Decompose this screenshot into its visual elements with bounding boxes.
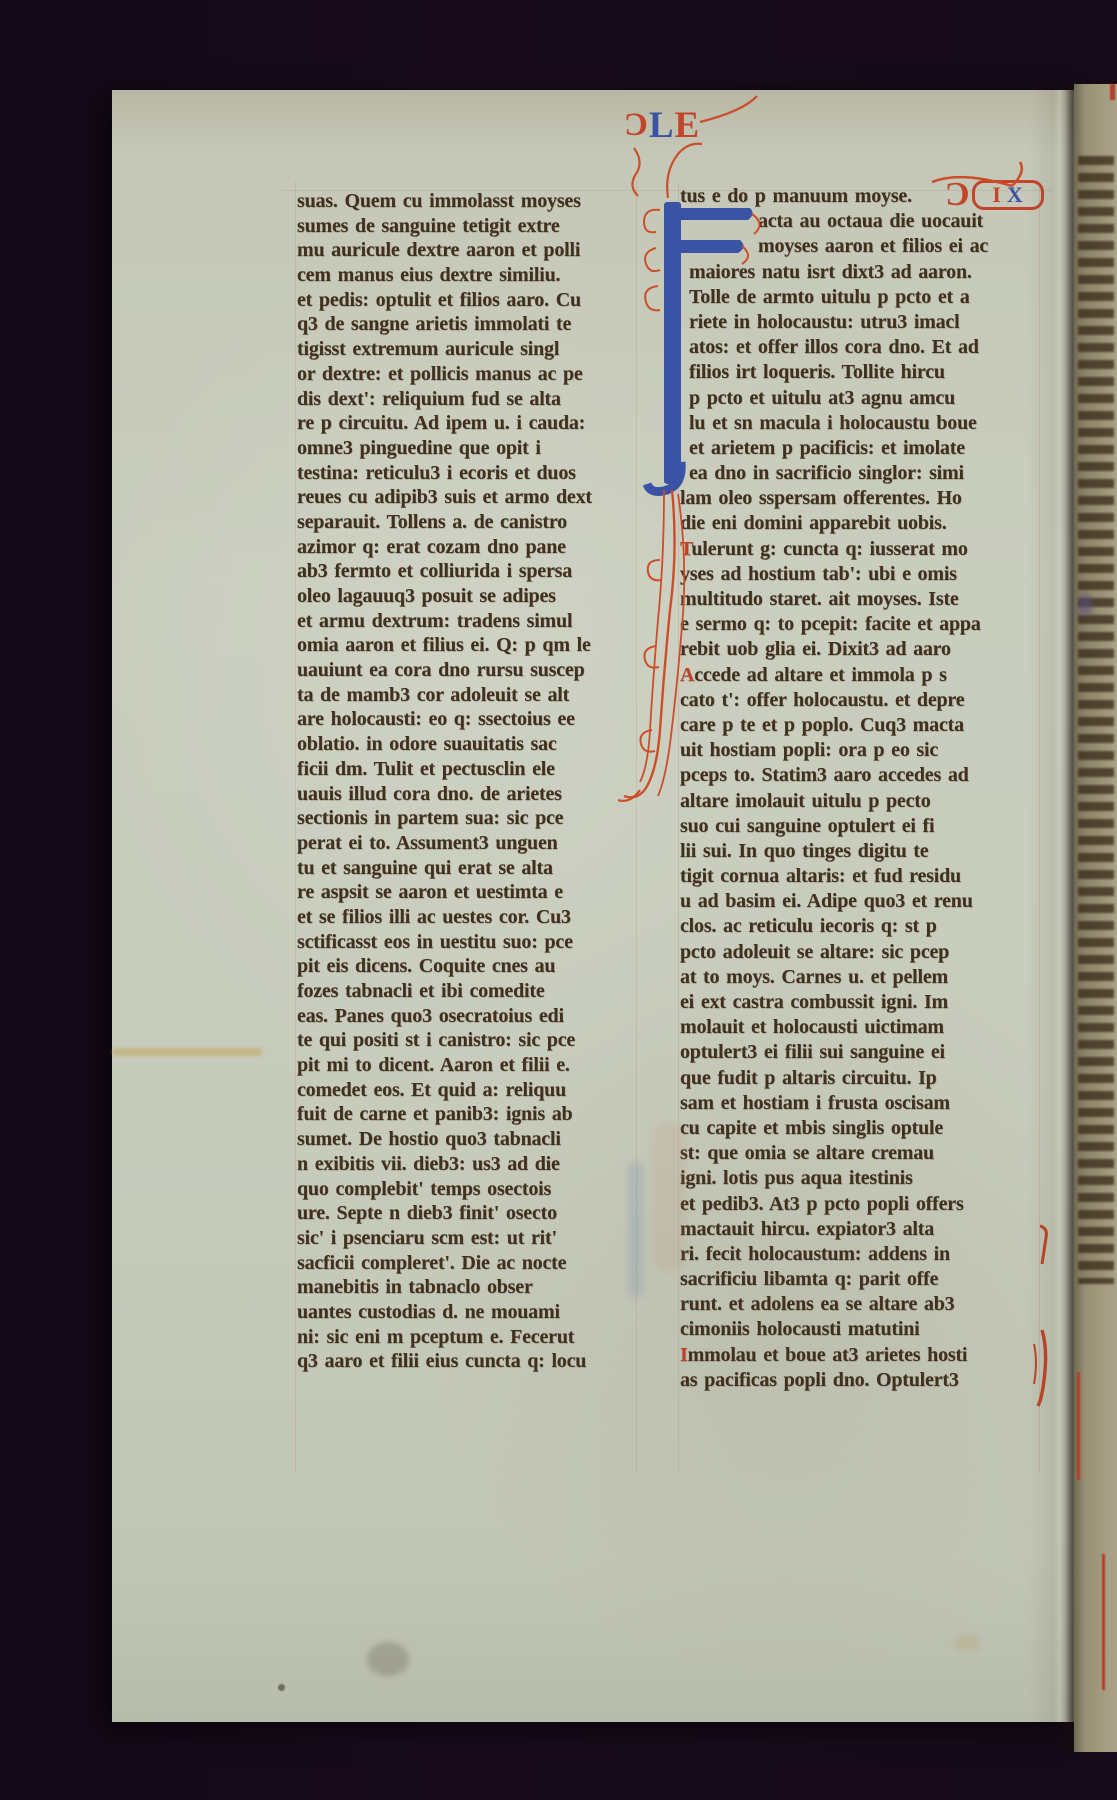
text-line: testina: reticulu3 i ecoris et duos — [297, 462, 637, 487]
text-line: moyses aaron et filios ei ac — [680, 235, 1040, 260]
text-line: care p te et p poplo. Cuq3 macta — [680, 714, 1040, 739]
text-line: manebitis in tabnaclo obser — [297, 1276, 637, 1301]
text-line: altare imolauit uitulu p pecto — [680, 790, 1040, 815]
text-line: Tolle de armto uitulu p pcto et a — [680, 286, 1040, 311]
text-line: et arietem p pacificis: et imolate — [680, 437, 1040, 462]
photo-backdrop: ƆLE Ɔ IX suas. Quem cu immolasst moysess… — [0, 0, 1117, 1800]
text-line: ei ext castra combussit igni. Im — [680, 991, 1040, 1016]
text-line: acta au octaua die uocauit — [680, 210, 1040, 235]
text-line: igni. lotis pus aqua itestinis — [680, 1167, 1040, 1192]
text-line: sic' i psenciaru scm est: ut rit' — [297, 1227, 637, 1252]
text-line: Immolau et boue at3 arietes hosti — [680, 1344, 1040, 1369]
fore-edge-blue-initial-ghost — [1078, 594, 1092, 616]
running-title-letter: E — [675, 104, 701, 147]
text-line: lu et sn macula i holocaustu boue — [680, 412, 1040, 437]
manuscript-page: ƆLE Ɔ IX suas. Quem cu immolasst moysess… — [112, 90, 1074, 1722]
rubricated-capital: I — [680, 1344, 688, 1366]
text-line: suo cui sanguine optulert ei fi — [680, 815, 1040, 840]
stain — [367, 1642, 409, 1676]
text-line: yses ad hostium tab': ubi e omis — [680, 563, 1040, 588]
text-line: Tulerunt g: cuncta q: iusserat mo — [680, 538, 1040, 563]
rubricated-capital: T — [680, 538, 691, 560]
text-line: atos: et offer illos cora dno. Et ad — [680, 336, 1040, 361]
running-title-letter: Ɔ — [624, 107, 649, 144]
text-line: n exibitis vii. dieb3: us3 ad die — [297, 1153, 637, 1178]
text-line: re aspsit se aaron et uestimta e — [297, 881, 637, 906]
text-line: et pedis: optulit et filios aaro. Cu — [297, 289, 637, 314]
text-line: multitudo staret. ait moyses. Iste — [680, 588, 1040, 613]
text-line: et pedib3. At3 p pcto popli offers — [680, 1193, 1040, 1218]
text-line: sumes de sanguine tetigit extre — [297, 215, 637, 240]
text-line: cato t': offer holocaustu. et depre — [680, 689, 1040, 714]
text-line: sacficii compleret'. Die ac nocte — [297, 1252, 637, 1277]
text-column-right: tus e do p manuum moyse.acta au octaua d… — [680, 185, 1040, 1394]
stain — [278, 1684, 285, 1691]
text-line: p pcto et uitulu at3 agnu amcu — [680, 387, 1040, 412]
text-line: uantes custodias d. ne mouami — [297, 1301, 637, 1326]
text-line: omia aaron et filius ei. Q: p qm le — [297, 634, 637, 659]
text-line: perat ei to. Assument3 unguen — [297, 832, 637, 857]
text-line: u ad basim ei. Adipe quo3 et renu — [680, 890, 1040, 915]
text-line: ri. fecit holocaustum: addens in — [680, 1243, 1040, 1268]
text-line: mactauit hircu. expiator3 alta — [680, 1218, 1040, 1243]
text-line: tigit cornua altaris: et fud residu — [680, 865, 1040, 890]
text-line: quo complebit' temps osectois — [297, 1178, 637, 1203]
running-title-letter: L — [649, 104, 675, 147]
text-line: sam et hostiam i frusta oscisam — [680, 1092, 1040, 1117]
text-line: tu et sanguine qui erat se alta — [297, 857, 637, 882]
text-line: fuit de carne et panib3: ignis ab — [297, 1103, 637, 1128]
text-line: re p circuitu. Ad ipem u. i cauda: — [297, 412, 637, 437]
text-line: que fudit p altaris circuitu. Ip — [680, 1067, 1040, 1092]
text-line: te qui positi st i canistro: sic pce — [297, 1029, 637, 1054]
text-line: eas. Panes quo3 osecratoius edi — [297, 1005, 637, 1030]
text-line: or dextre: et pollicis manus ac pe — [297, 363, 637, 388]
text-line: ni: sic eni m pceptum e. Fecerut — [297, 1326, 637, 1351]
stain — [112, 1048, 262, 1056]
book-fore-edge — [1074, 84, 1117, 1752]
stain — [628, 1162, 644, 1297]
text-line: st: que omia se altare cremau — [680, 1142, 1040, 1167]
text-line: et se filios illi ac uestes cor. Cu3 — [297, 906, 637, 931]
text-line: uit hostiam popli: ora p eo sic — [680, 739, 1040, 764]
text-line: ea dno in sacrificio singlor: simi — [680, 462, 1040, 487]
text-line: ficii dm. Tulit et pectusclin ele — [297, 758, 637, 783]
text-line: ure. Septe n dieb3 finit' osecto — [297, 1202, 637, 1227]
text-line: suas. Quem cu immolasst moyses — [297, 190, 637, 215]
text-line: cimoniis holocausti matutini — [680, 1318, 1040, 1343]
text-line: maiores natu isrt dixt3 ad aaron. — [680, 261, 1040, 286]
text-line: uauiunt ea cora dno rursu suscep — [297, 659, 637, 684]
text-line: lam oleo sspersam offerentes. Ho — [680, 487, 1040, 512]
text-line: Accede ad altare et immola p s — [680, 664, 1040, 689]
text-line: pceps to. Statim3 aaro accedes ad — [680, 764, 1040, 789]
text-line: tigisst extremum auricule singl — [297, 338, 637, 363]
text-column-left: suas. Quem cu immolasst moysessumes de s… — [297, 190, 637, 1375]
fore-edge-text-ghost — [1078, 156, 1114, 1284]
text-line: comedet eos. Et quid a: reliquu — [297, 1079, 637, 1104]
ruling-line — [678, 182, 679, 1472]
text-line: oblatio. in odore suauitatis sac — [297, 733, 637, 758]
text-line: sumet. De hostio quo3 tabnacli — [297, 1128, 637, 1153]
text-line: ta de mamb3 cor adoleuit se alt — [297, 684, 637, 709]
text-line: uauis illud cora dno. de arietes — [297, 783, 637, 808]
text-line: molauit et holocausti uictimam — [680, 1016, 1040, 1041]
text-line: et armu dextrum: tradens simul — [297, 610, 637, 635]
text-line: riete in holocaustu: utru3 imacl — [680, 311, 1040, 336]
text-line: e sermo q: to pcepit: facite et appa — [680, 613, 1040, 638]
text-line: q3 de sangne arietis immolati te — [297, 313, 637, 338]
stain — [652, 1122, 686, 1272]
text-line: runt. et adolens ea se altare ab3 — [680, 1293, 1040, 1318]
text-line: as pacificas popli dno. Optulert3 — [680, 1369, 1040, 1394]
text-line: q3 aaro et filii eius cuncta q: locu — [297, 1350, 637, 1375]
running-title: ƆLE — [624, 104, 700, 150]
text-line: reues cu adipib3 suis et armo dext — [297, 486, 637, 511]
text-line: fozes tabnacli et ibi comedite — [297, 980, 637, 1005]
text-line: are holocausti: eo q: ssectoius ee — [297, 708, 637, 733]
text-line: die eni domini apparebit uobis. — [680, 512, 1040, 537]
text-line: cem manus eius dextre similiu. — [297, 264, 637, 289]
text-line: omne3 pinguedine que opit i — [297, 437, 637, 462]
text-line: azimor q: erat cozam dno pane — [297, 536, 637, 561]
stain — [954, 1635, 980, 1651]
text-line: pcto adoleuit se altare: sic pcep — [680, 941, 1040, 966]
fore-edge-red-line — [1077, 1372, 1080, 1480]
fore-edge-red-line — [1102, 1554, 1105, 1690]
text-line: optulert3 ei filii sui sanguine ei — [680, 1041, 1040, 1066]
text-line: tus e do p manuum moyse. — [680, 185, 1040, 210]
text-line: clos. ac reticulu iecoris q: st p — [680, 915, 1040, 940]
text-line: lii sui. In quo tinges digitu te — [680, 840, 1040, 865]
text-line: rebit uob glia ei. Dixit3 ad aaro — [680, 638, 1040, 663]
text-line: sacrificiu libamta q: parit offe — [680, 1268, 1040, 1293]
text-line: dis dext': reliquium fud se alta — [297, 388, 637, 413]
text-line: pit mi to dicent. Aaron et filii e. — [297, 1054, 637, 1079]
text-line: at to moys. Carnes u. et pellem — [680, 966, 1040, 991]
text-line: separauit. Tollens a. de canistro — [297, 511, 637, 536]
text-line: mu auricule dextre aaron et polli — [297, 239, 637, 264]
text-line: filios irt loqueris. Tollite hircu — [680, 361, 1040, 386]
text-line: oleo lagauuq3 posuit se adipes — [297, 585, 637, 610]
rubricated-capital: A — [680, 664, 694, 686]
text-line: pit eis dicens. Coquite cnes au — [297, 955, 637, 980]
text-line: sctificasst eos in uestitu suo: pce — [297, 931, 637, 956]
ruling-line — [295, 182, 296, 1472]
text-line: cu capite et mbis singlis optule — [680, 1117, 1040, 1142]
text-line: sectionis in partem sua: sic pce — [297, 807, 637, 832]
fore-edge-red-line — [1110, 84, 1115, 100]
text-line: ab3 fermto et colliurida i spersa — [297, 560, 637, 585]
